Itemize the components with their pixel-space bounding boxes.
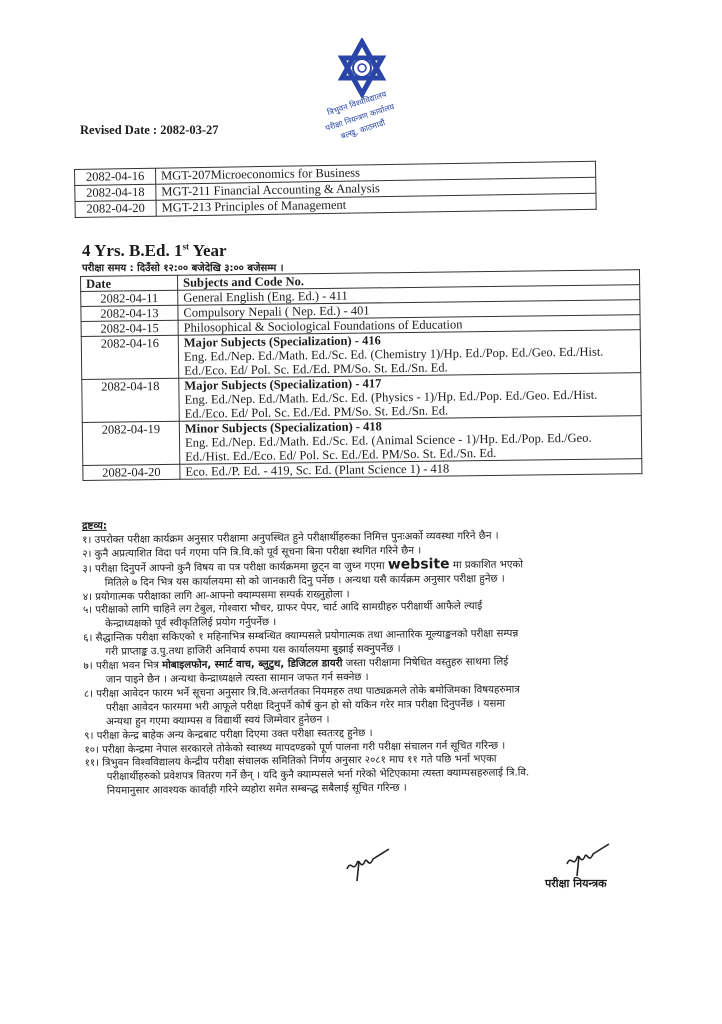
note-text: ७। परीक्षा भवन भित्र	[83, 660, 162, 672]
row-date: 2082-04-18	[82, 378, 180, 422]
note-text: परीक्षा आवेदन फारममा भरी आफूले परीक्षा द…	[106, 698, 505, 713]
note-text-after: मा प्रकाशित भएको	[450, 559, 523, 571]
bed-heading-suffix: Year	[189, 241, 227, 260]
exam-controller-label: परीक्षा नियन्त्रक	[545, 876, 607, 891]
bed-schedule-table: Date Subjects and Code No. 2082-04-11 Ge…	[80, 269, 642, 481]
note-text: २। कुनै अप्रत्याशित विदा पर्न गएमा पनि त…	[82, 545, 421, 560]
row-subject: Minor Subjects (Specialization) - 418Eng…	[179, 416, 641, 465]
row-date: 2082-04-16	[75, 168, 156, 185]
column-header-date: Date	[81, 275, 178, 291]
university-logo: त्रिभुवन विश्वविद्यालय परीक्षा नियन्त्रण…	[320, 38, 430, 138]
row-date: 2082-04-20	[75, 200, 156, 217]
note-text: मितिले ७ दिन भित्र यस कार्यालयमा सो को ज…	[105, 573, 505, 588]
note-text: केन्द्राध्यक्षको पूर्व स्वीकृतिलिई प्रयो…	[105, 617, 276, 630]
note-text: अन्यथा हुन गएमा क्याम्पस व विद्यार्थी स्…	[106, 714, 329, 727]
row-date: 2082-04-11	[81, 290, 178, 306]
row-date: 2082-04-18	[75, 184, 156, 201]
table-row: 2082-04-18 Major Subjects (Specializatio…	[82, 373, 641, 423]
signature-icon	[345, 847, 395, 883]
note-text: ९। परीक्षा केन्द्र बाहेक अन्य केन्द्रबाट…	[84, 728, 372, 742]
note-text: नियमानुसार आवश्यक कार्वाही गरिने व्यहोरा…	[107, 783, 407, 797]
row-date: 2082-04-15	[81, 320, 178, 336]
revised-date: Revised Date : 2082-03-27	[80, 123, 219, 138]
row-date: 2082-04-20	[83, 464, 180, 480]
note-text: ३। परीक्षा दिनुपर्ने आफ्नो कुनै विषय वा …	[82, 561, 387, 575]
note-website-word: website	[388, 556, 450, 573]
note-text: परीक्षार्थीहरुको प्रवेशपत्र वितरण गर्ने …	[107, 768, 530, 783]
table-row: 2082-04-19 Minor Subjects (Specializatio…	[82, 416, 641, 466]
note-text: १। उपरोक्त परीक्षा कार्यक्रम अनुसार परीक…	[82, 531, 499, 546]
exam-time: परीक्षा समय : दिउँसो १२:०० बजेदेखि ३:०० …	[82, 260, 284, 274]
signature-icon	[565, 842, 615, 878]
bed-heading: 4 Yrs. B.Ed. 1st Year	[82, 241, 227, 261]
row-date: 2082-04-13	[81, 305, 178, 321]
note-text: ४। प्रयोगात्मक परीक्षाका लागि आ-आफ्नो क्…	[83, 589, 350, 603]
row-subject: Major Subjects (Specialization) - 417Eng…	[179, 373, 641, 422]
note-text: ५। परीक्षाको लागि चाहिने लग टेबुल, गोश्व…	[83, 601, 482, 616]
row-subject: Major Subjects (Specialization) - 416Eng…	[178, 330, 640, 379]
note-text-after: जस्ता परीक्षामा निषेधित वस्तुहरु साथमा ल…	[342, 657, 508, 670]
row-date: 2082-04-19	[82, 421, 180, 465]
note-text: गरी प्राप्ताङ्क उ.पु.तथा हाजिरी अनिवार्य…	[105, 644, 400, 658]
note-bold-text: मोबाइलफोन, स्मार्ट वाच, ब्लुटुथ, डिजिटल …	[162, 658, 343, 671]
exam-schedule-notice: त्रिभुवन विश्वविद्यालय परीक्षा नियन्त्रण…	[0, 0, 722, 1024]
mgt-schedule-table: 2082-04-16 MGT-207Microeconomics for Bus…	[74, 161, 597, 218]
note-text: जान पाइने छैन । अन्यथा केन्द्राध्यक्षले …	[106, 672, 369, 686]
bed-heading-prefix: 4 Yrs. B.Ed. 1	[82, 241, 182, 260]
note-text: ६। सैद्धान्तिक परीक्षा सकिएको १ महिनाभित…	[83, 629, 518, 645]
table-row: 2082-04-16 Major Subjects (Specializatio…	[81, 330, 640, 380]
row-date: 2082-04-16	[81, 335, 179, 379]
notes-section: द्रष्टव्य: १। उपरोक्त परीक्षा कार्यक्रम …	[82, 514, 660, 799]
